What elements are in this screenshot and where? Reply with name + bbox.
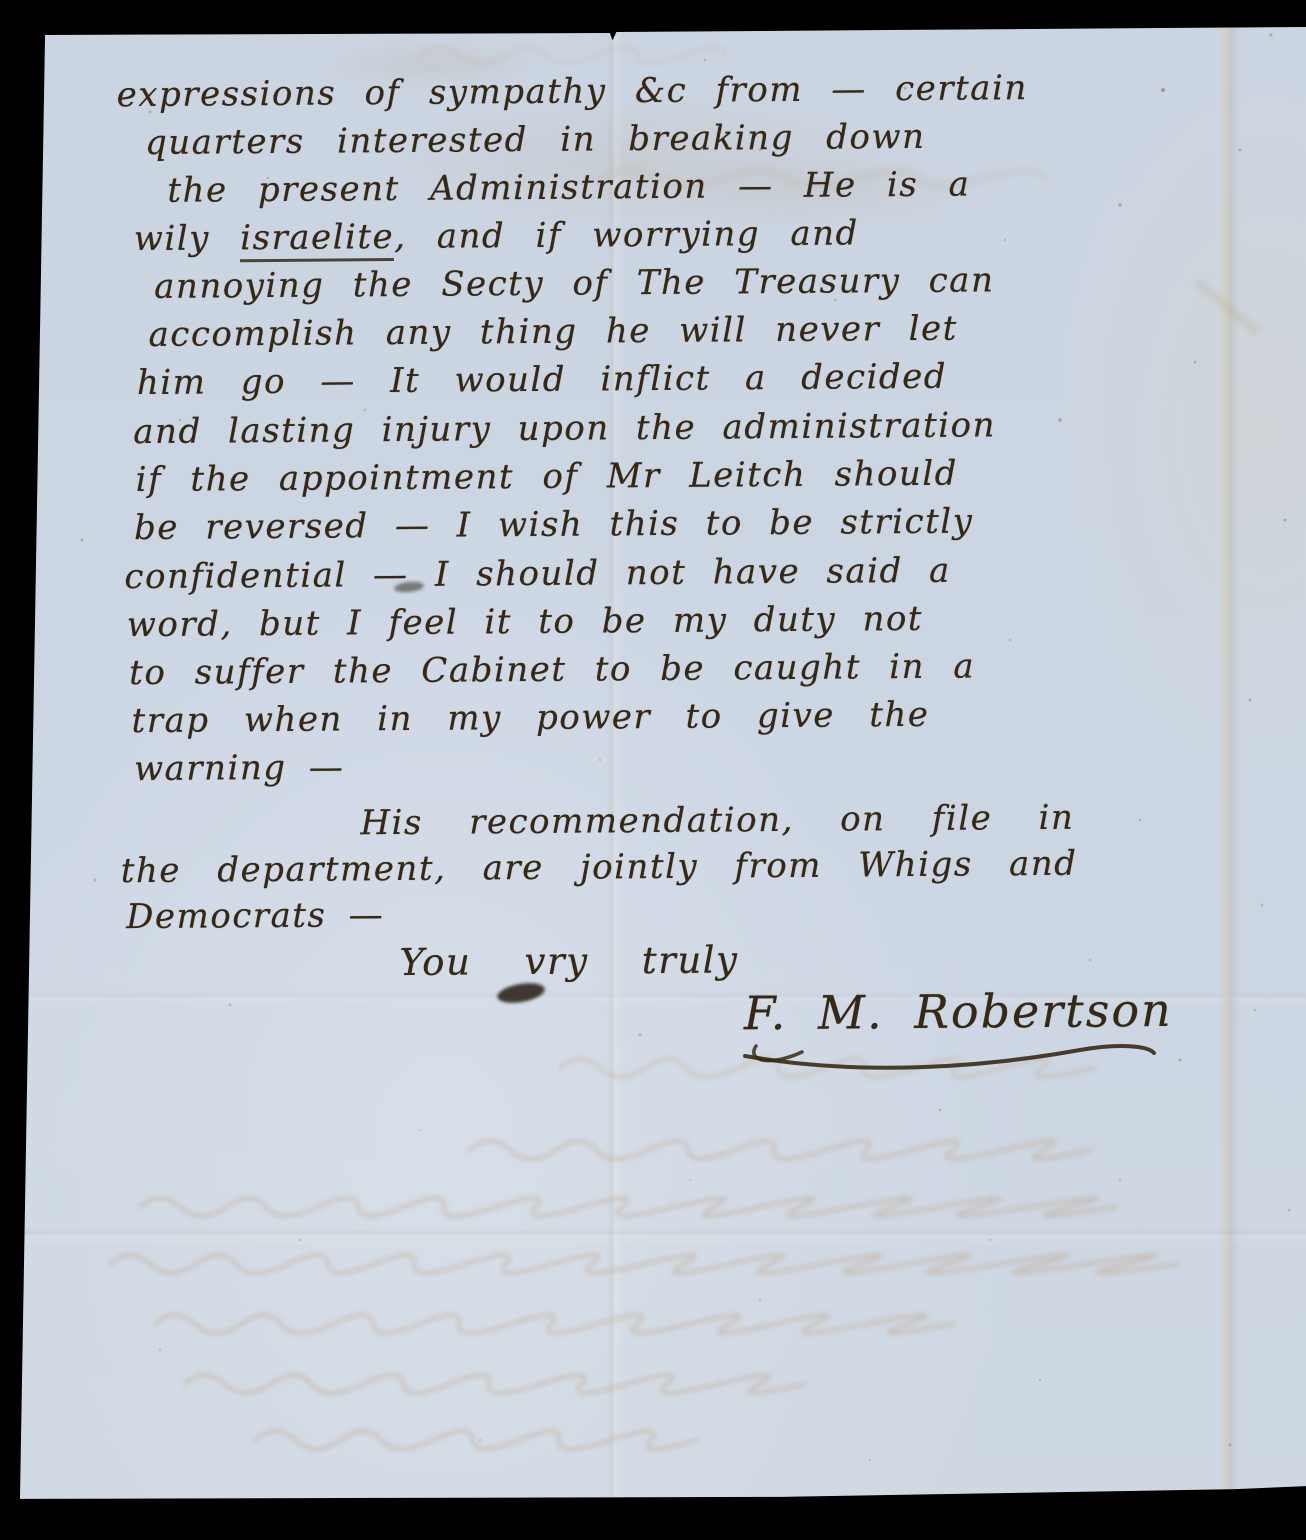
letter-line: accomplish any thing he will never let <box>148 308 958 357</box>
letter-line: annoying the Secty of The Treasury can <box>154 259 995 308</box>
letter-line: word, but I feel it to be my duty not <box>127 598 924 647</box>
letter-line: trap when in my power to give the <box>131 694 929 743</box>
letter-line: Democrats — <box>126 894 384 939</box>
letter-line: His recommendation, on file in <box>360 797 1074 845</box>
letter-line: to suffer the Cabinet to be caught in a <box>129 645 975 694</box>
letter-line: quarters interested in breaking down <box>145 116 926 165</box>
letter-line: the department, are jointly from Whigs a… <box>121 843 1078 893</box>
letter-line-fragment: , and if worrying and <box>394 213 859 257</box>
letter-line: expressions of sympathy &c from — certai… <box>117 67 1028 117</box>
letter-line: wily israelite, and if worrying and <box>134 212 859 260</box>
letter-line-fragment: wily <box>134 218 241 259</box>
underlined-word: israelite <box>240 217 394 262</box>
letter-line: the present Administration — He is a <box>167 163 970 212</box>
letter-line: him go — It would inflict a decided <box>137 356 947 405</box>
scanned-letter-page: expressions of sympathy &c from — certai… <box>0 0 1306 1540</box>
letter-body: expressions of sympathy &c from — certai… <box>0 0 1306 1540</box>
letter-line: if the appointment of Mr Leitch should <box>136 453 959 502</box>
letter-line: confidential — I should not have said a <box>124 550 951 599</box>
letter-line: warning — <box>134 746 345 790</box>
letter-line: be reversed — I wish this to be strictly <box>134 500 974 549</box>
closing-line: You vry truly <box>399 937 738 986</box>
signature: F. M. Robertson <box>744 982 1173 1043</box>
letter-line: and lasting injury upon the administrati… <box>133 404 996 453</box>
paper-sheet: expressions of sympathy &c from — certai… <box>0 0 1306 1540</box>
